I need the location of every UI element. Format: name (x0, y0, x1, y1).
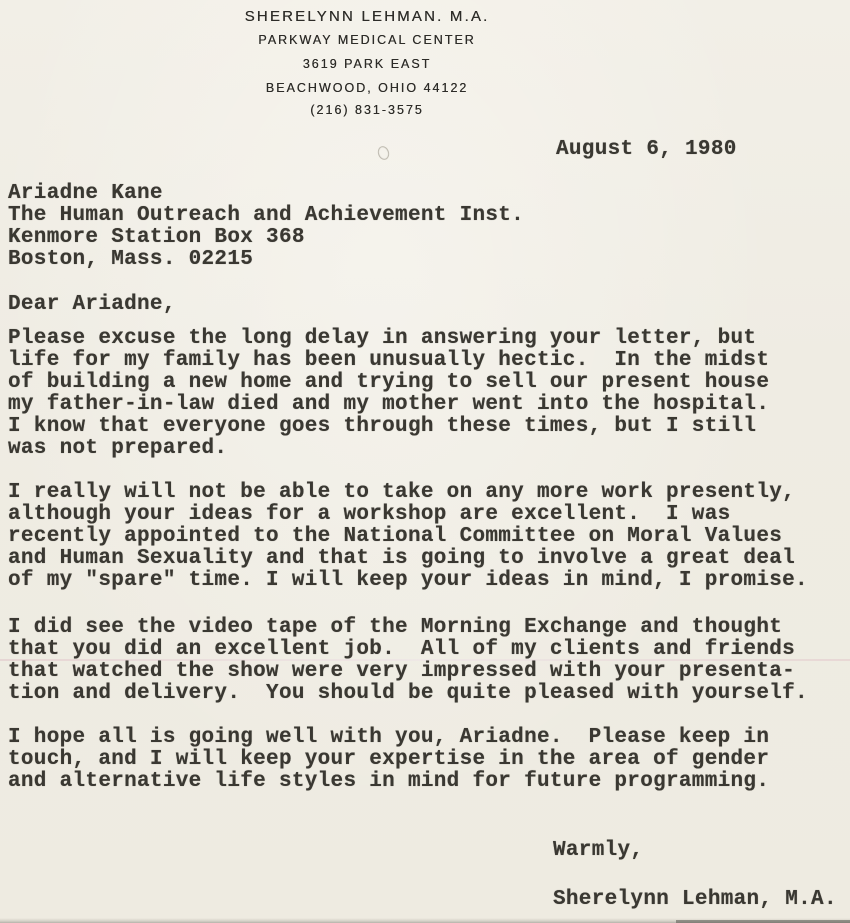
signature: Sherelynn Lehman, M.A. (553, 889, 837, 911)
date-line: August 6, 1980 (556, 139, 737, 161)
recipient-city: Boston, Mass. 02215 (8, 249, 524, 271)
body-paragraph-3: I did see the video tape of the Morning … (8, 617, 808, 705)
body-line: that you did an excellent job. All of my… (8, 639, 808, 661)
body-line: I really will not be able to take on any… (8, 482, 808, 504)
letterhead-name: SHERELYNN LEHMAN. M.A. (0, 8, 734, 25)
body-line: of building a new home and trying to sel… (8, 372, 769, 394)
salutation-text: Dear Ariadne, (8, 294, 176, 316)
recipient-box: Kenmore Station Box 368 (8, 227, 524, 249)
letterhead-organization: PARKWAY MEDICAL CENTER (0, 33, 734, 47)
body-paragraph-1: Please excuse the long delay in answerin… (8, 328, 769, 460)
letter-scan: SHERELYNN LEHMAN. M.A. PARKWAY MEDICAL C… (0, 0, 850, 923)
body-paragraph-4: I hope all is going well with you, Ariad… (8, 727, 769, 793)
body-line: I did see the video tape of the Morning … (8, 617, 808, 639)
scan-ghost-mark (376, 145, 391, 162)
letterhead-city: BEACHWOOD, OHIO 44122 (0, 81, 734, 95)
body-line: Please excuse the long delay in answerin… (8, 328, 769, 350)
body-line: recently appointed to the National Commi… (8, 526, 808, 548)
closing: Warmly, (553, 840, 643, 862)
body-line: life for my family has been unusually he… (8, 350, 769, 372)
letterhead-phone: (216) 831-3575 (0, 103, 734, 117)
letterhead-street: 3619 PARK EAST (0, 57, 734, 71)
body-line: my father-in-law died and my mother went… (8, 394, 769, 416)
body-paragraph-2: I really will not be able to take on any… (8, 482, 808, 592)
body-line: although your ideas for a workshop are e… (8, 504, 808, 526)
body-line: was not prepared. (8, 438, 769, 460)
recipient-name: Ariadne Kane (8, 183, 524, 205)
date-text: August 6, 1980 (556, 139, 737, 161)
body-line: of my "spare" time. I will keep your ide… (8, 570, 808, 592)
body-line: and alternative life styles in mind for … (8, 771, 769, 793)
body-line: I know that everyone goes through these … (8, 416, 769, 438)
salutation: Dear Ariadne, (8, 294, 176, 316)
body-line: and Human Sexuality and that is going to… (8, 548, 808, 570)
body-line: tion and delivery. You should be quite p… (8, 683, 808, 705)
signature-name: Sherelynn Lehman, M.A. (553, 889, 837, 911)
body-line: that watched the show were very impresse… (8, 661, 808, 683)
closing-text: Warmly, (553, 840, 643, 862)
recipient-org: The Human Outreach and Achievement Inst. (8, 205, 524, 227)
recipient-address: Ariadne Kane The Human Outreach and Achi… (8, 183, 524, 271)
body-line: I hope all is going well with you, Ariad… (8, 727, 769, 749)
body-line: touch, and I will keep your expertise in… (8, 749, 769, 771)
